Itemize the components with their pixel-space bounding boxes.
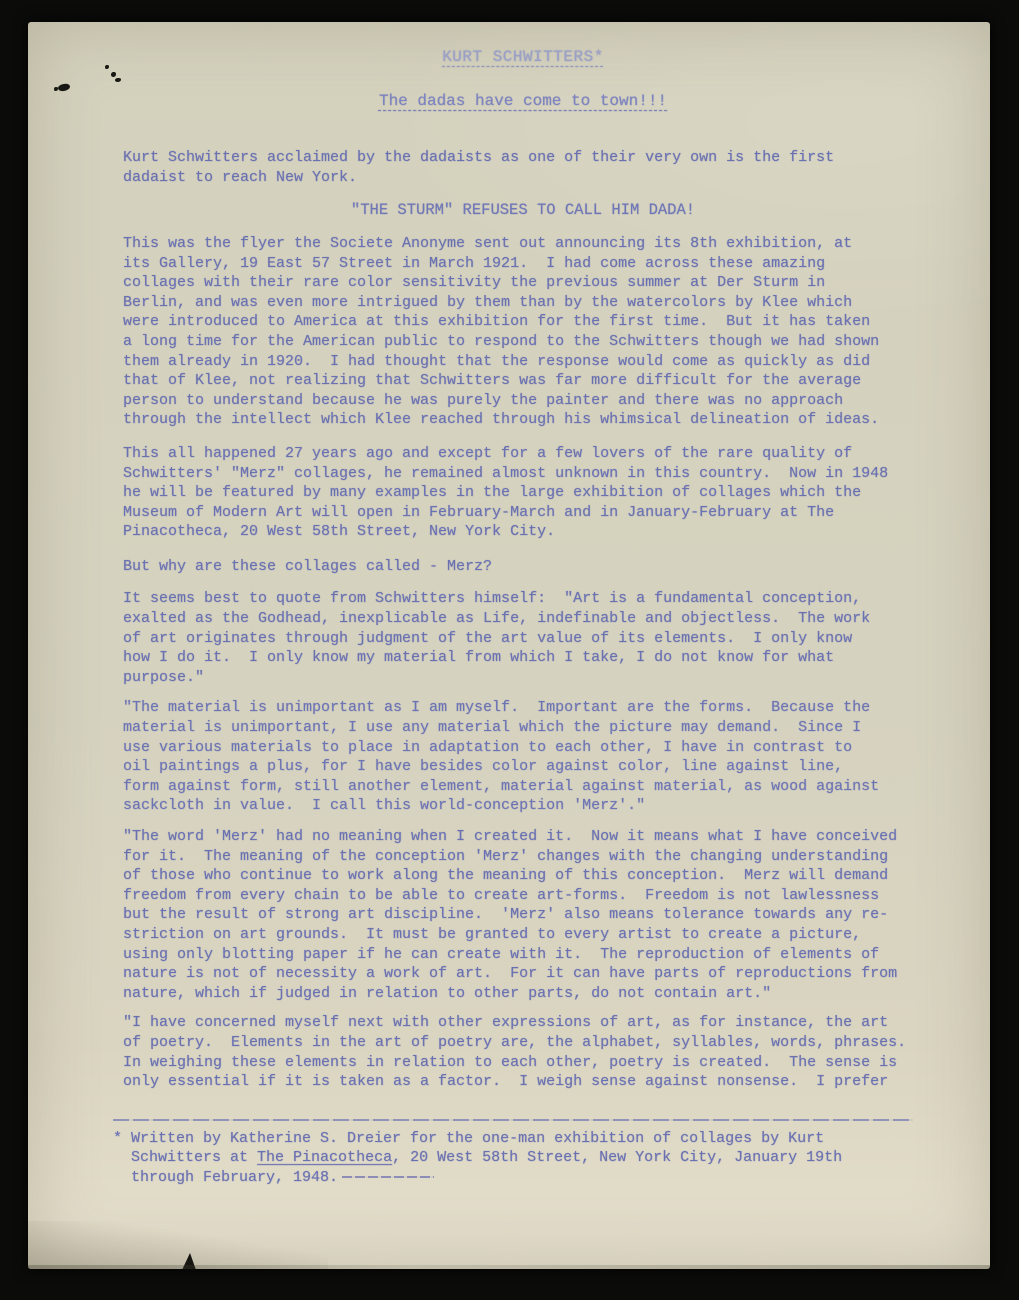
- section-heading: "THE STURM" REFUSES TO CALL HIM DADA!: [123, 201, 923, 221]
- question-line: But why are these collages called - Merz…: [123, 557, 923, 577]
- paragraph-quote-material: "The material is unimportant as I am mys…: [123, 698, 923, 816]
- pin-hole: [111, 72, 116, 77]
- footnote: * Written by Katherine S. Dreier for the…: [113, 1129, 923, 1188]
- photo-backdrop: { "colors": { "backdrop": "#0b0b0a", "pa…: [0, 0, 1019, 1300]
- paragraph-quote-poetry: "I have concerned myself next with other…: [123, 1013, 923, 1091]
- paragraph-quote-art-conception: It seems best to quote from Schwitters h…: [123, 589, 923, 687]
- pin-hole: [58, 83, 71, 92]
- paper-tear: [182, 1253, 196, 1270]
- pin-hole: [105, 65, 109, 69]
- footnote-pinacotheca-underlined: The Pinacotheca: [257, 1149, 392, 1166]
- paragraph-sturm-exhibition: This was the flyer the Societe Anonyme s…: [123, 234, 923, 430]
- intro-paragraph: Kurt Schwitters acclaimed by the dadaist…: [123, 148, 923, 187]
- paragraph-quote-word-merz: "The word 'Merz' had no meaning when I c…: [123, 827, 923, 1003]
- document-content: KURT SCHWITTERS* The dadas have come to …: [123, 22, 923, 1188]
- paragraph-27-years: This all happened 27 years ago and excep…: [123, 444, 923, 542]
- pin-hole: [54, 87, 58, 91]
- document-subtitle: The dadas have come to town!!!: [123, 92, 923, 112]
- pin-hole: [115, 78, 121, 82]
- typed-dash-line: [342, 1176, 434, 1178]
- paper-bottom-edge: [28, 1265, 990, 1269]
- footnote-rule: [113, 1119, 913, 1121]
- document-sheet: KURT SCHWITTERS* The dadas have come to …: [28, 22, 990, 1269]
- document-title: KURT SCHWITTERS*: [123, 22, 923, 68]
